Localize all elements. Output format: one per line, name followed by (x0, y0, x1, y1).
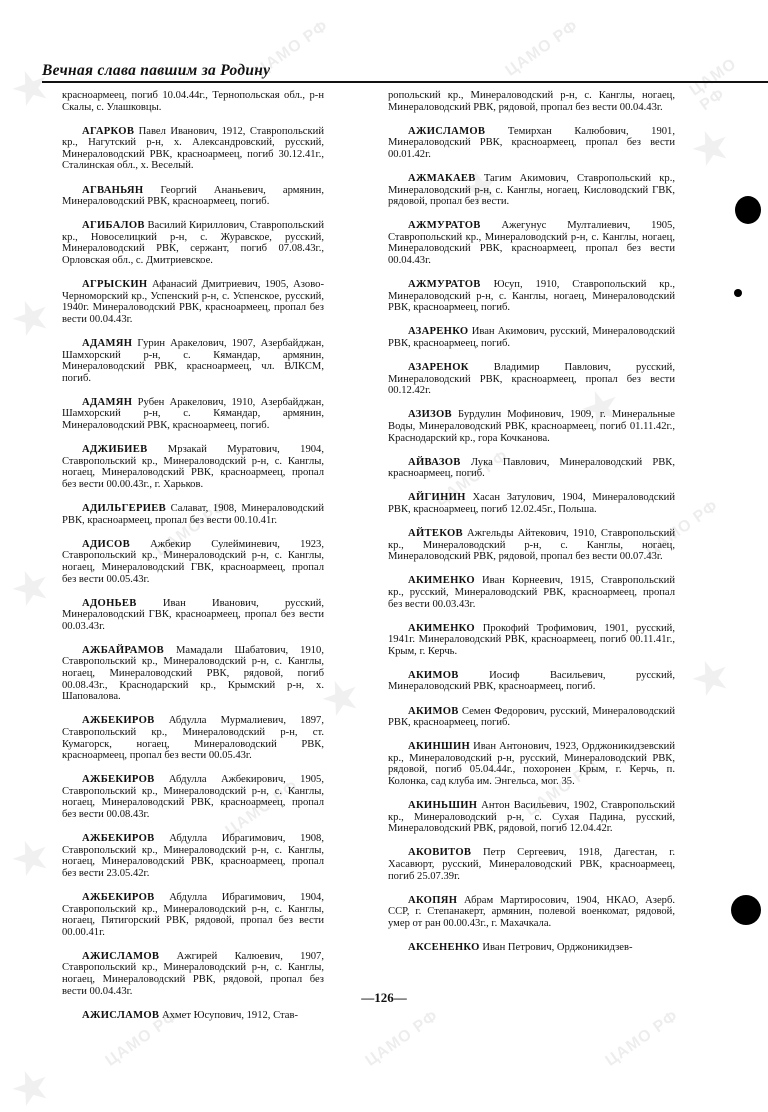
watermark-star-icon: ★ (2, 1055, 59, 1112)
entry-surname: АЗИЗОВ (408, 409, 452, 420)
memorial-entry: АКОВИТОВ Петр Сергеевич, 1918, Дагестан,… (388, 847, 675, 882)
memorial-entry: АЗАРЕНОК Владимир Павлович, русский, Мин… (388, 362, 675, 397)
entry-surname: АЖБЕКИРОВ (82, 892, 155, 903)
entry-surname: АДИЛЬГЕРИЕВ (82, 503, 166, 514)
entry-surname: АКИМЕНКО (408, 623, 475, 634)
memorial-entry: АДОНЬЕВ Иван Иванович, русский, Минерало… (62, 598, 324, 633)
entry-surname: АЙГИНИН (408, 492, 466, 503)
memorial-entry: АКИМОВ Семен Федорович, русский, Минерал… (388, 706, 675, 729)
punch-hole-mark (734, 289, 742, 297)
entry-surname: АКОПЯН (408, 895, 457, 906)
entry-surname: АЗАРЕНОК (408, 362, 469, 373)
watermark-star-icon: ★ (2, 555, 59, 620)
watermark-star-icon: ★ (682, 115, 739, 180)
entry-surname: АЖБАЙРАМОВ (82, 645, 164, 656)
watermark-text: ЦАМО РФ (362, 1007, 442, 1070)
entry-surname: АДИСОВ (82, 539, 130, 550)
entry-surname: АКИМОВ (408, 706, 459, 717)
entry-surname: АГИБАЛОВ (82, 220, 145, 231)
watermark-star-icon: ★ (2, 285, 59, 350)
memorial-entry: АЙГИНИН Хасан Затулович, 1904, Минералов… (388, 492, 675, 515)
punch-hole-mark (735, 196, 761, 224)
memorial-entry: АЗАРЕНКО Иван Акимович, русский, Минерал… (388, 326, 675, 349)
entry-surname: АДАМЯН (82, 397, 132, 408)
entry-surname: АКСЕНЕНКО (408, 942, 480, 953)
memorial-entry: АГИБАЛОВ Василий Кириллович, Ставропольс… (62, 220, 324, 266)
memorial-entry: АЙВАЗОВ Лука Павлович, Минераловодский Р… (388, 457, 675, 480)
memorial-entry: АКИМОВ Иосиф Васильевич, русский, Минера… (388, 670, 675, 693)
memorial-entry: АЖБЕКИРОВ Абдулла Мурмалиевич, 1897, Ста… (62, 715, 324, 761)
entry-surname: АГВАНЬЯН (82, 185, 143, 196)
running-header: Вечная слава павшим за Родину (42, 62, 768, 83)
entry-surname: АГРЫСКИН (82, 279, 147, 290)
entry-details: Иван Петрович, Орджоникидзев- (482, 942, 632, 953)
entry-surname: АЖМАКАЕВ (408, 173, 476, 184)
entry-surname: АДАМЯН (82, 338, 132, 349)
memorial-entry: красноармеец, погиб 10.04.44г., Тернопол… (62, 90, 324, 113)
entry-surname: АЖМУРАТОВ (408, 220, 481, 231)
entry-surname: АЖИСЛАМОВ (82, 951, 159, 962)
memorial-entry: АГАРКОВ Павел Иванович, 1912, Ставрополь… (62, 126, 324, 172)
entry-surname: АГАРКОВ (82, 126, 134, 137)
entry-surname: АЖБЕКИРОВ (82, 833, 155, 844)
entry-surname: АКИМОВ (408, 670, 459, 681)
memorial-entry: АЖМУРАТОВ Юсуп, 1910, Ставропольский кр.… (388, 279, 675, 314)
memorial-entry: АКИМЕНКО Прокофий Трофимович, 1901, русс… (388, 623, 675, 658)
entry-surname: АЗАРЕНКО (408, 326, 468, 337)
watermark-star-icon: ★ (2, 825, 59, 890)
memorial-entry: АГРЫСКИН Афанасий Дмитриевич, 1905, Азов… (62, 279, 324, 325)
memorial-entry: АЖБЕКИРОВ Абдулла Ибрагимович, 1908, Ста… (62, 833, 324, 879)
memorial-entry: АЗИЗОВ Бурдулин Мофинович, 1909, г. Мине… (388, 409, 675, 444)
entry-surname: АКИНШИН (408, 741, 470, 752)
entry-surname: АЖБЕКИРОВ (82, 715, 155, 726)
entry-surname: АЙВАЗОВ (408, 457, 461, 468)
entry-details: красноармеец, погиб 10.04.44г., Тернопол… (62, 90, 324, 113)
page-number: —126— (0, 990, 768, 1006)
memorial-entry: АЖИСЛАМОВ Темирхан Калюбович, 1901, Мине… (388, 126, 675, 161)
watermark-star-icon: ★ (682, 645, 739, 710)
memorial-entry: АДЖИБИЕВ Мрзакай Муратович, 1904, Ставро… (62, 444, 324, 490)
entry-details: Ахмет Юсупович, 1912, Став- (162, 1010, 298, 1021)
watermark-text: ЦАМО РФ (602, 1007, 682, 1070)
memorial-entry: АДИСОВ Ажбекир Сулейминевич, 1923, Ставр… (62, 539, 324, 585)
entry-surname: АКОВИТОВ (408, 847, 471, 858)
memorial-entry: АЙТЕКОВ Ажгельды Айтекович, 1910, Ставро… (388, 528, 675, 563)
entry-surname: АКИНЬШИН (408, 800, 477, 811)
right-column: ропольский кр., Минераловодский р-н, с. … (388, 90, 675, 966)
memorial-entry: АДАМЯН Гурин Аракелович, 1907, Азербайдж… (62, 338, 324, 384)
entry-surname: АКИМЕНКО (408, 575, 475, 586)
punch-hole-mark (731, 895, 761, 925)
entry-surname: АЙТЕКОВ (408, 528, 463, 539)
entry-surname: АЖИСЛАМОВ (408, 126, 485, 137)
memorial-entry: АЖБАЙРАМОВ Мамадали Шабатович, 1910, Ста… (62, 645, 324, 703)
memorial-entry: АКИНШИН Иван Антонович, 1923, Орджоникид… (388, 741, 675, 787)
entry-surname: АЖБЕКИРОВ (82, 774, 155, 785)
memorial-entry: АГВАНЬЯН Георгий Ананьевич, армянин, Мин… (62, 185, 324, 208)
memorial-entry: АЖМУРАТОВ Ажегунус Мулталиевич, 1905, Ст… (388, 220, 675, 266)
memorial-entry: ропольский кр., Минераловодский р-н, с. … (388, 90, 675, 113)
memorial-entry: АЖМАКАЕВ Тагим Акимович, Ставропольский … (388, 173, 675, 208)
entry-details: ропольский кр., Минераловодский р-н, с. … (388, 90, 675, 113)
entry-surname: АДЖИБИЕВ (82, 444, 147, 455)
entry-surname: АЖИСЛАМОВ (82, 1010, 159, 1021)
memorial-entry: АКОПЯН Абрам Мартиросович, 1904, НКАО, А… (388, 895, 675, 930)
header-title: Вечная слава павшим за Родину (42, 62, 768, 81)
memorial-entry: АКИНЬШИН Антон Васильевич, 1902, Ставроп… (388, 800, 675, 835)
memorial-entry: АКСЕНЕНКО Иван Петрович, Орджоникидзев- (388, 942, 675, 954)
left-column: красноармеец, погиб 10.04.44г., Тернопол… (62, 90, 324, 1034)
entry-surname: АЖМУРАТОВ (408, 279, 481, 290)
memorial-entry: АКИМЕНКО Иван Корнеевич, 1915, Ставропол… (388, 575, 675, 610)
memorial-entry: АЖБЕКИРОВ Абдулла Ажбекирович, 1905, Ста… (62, 774, 324, 820)
memorial-entry: АЖБЕКИРОВ Абдулла Ибрагимович, 1904, Ста… (62, 892, 324, 938)
memorial-entry: АДИЛЬГЕРИЕВ Салават, 1908, Минераловодск… (62, 503, 324, 526)
entry-surname: АДОНЬЕВ (82, 598, 137, 609)
memorial-entry: АЖИСЛАМОВ Ахмет Юсупович, 1912, Став- (62, 1010, 324, 1022)
memorial-entry: АДАМЯН Рубен Аракелович, 1910, Азербайдж… (62, 397, 324, 432)
